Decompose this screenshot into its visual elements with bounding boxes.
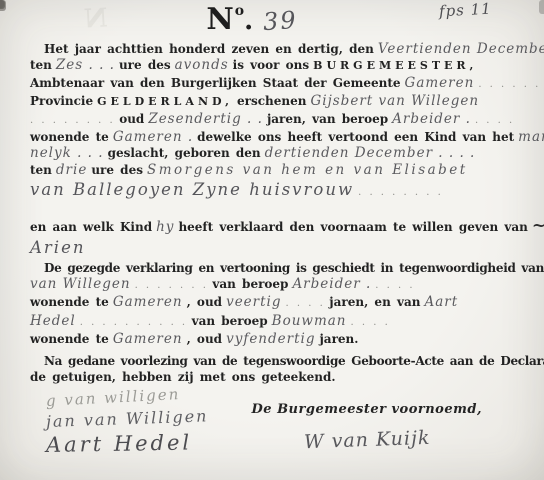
- handwritten-text: van Willegen: [30, 276, 131, 292]
- dotted-fill: . . . . . . .: [135, 280, 209, 291]
- witness-signatures: g van willigenjan van WilligenAart Hedel: [46, 392, 209, 457]
- document-line: Het jaar achttien honderd zeven en derti…: [30, 41, 524, 57]
- handwritten-text: avonds: [175, 57, 229, 73]
- document-header: No.39 fps 11: [0, 0, 544, 38]
- printed-text: Het jaar achttien honderd zeven en derti…: [44, 42, 374, 56]
- printed-text: en aan welk Kind: [30, 220, 152, 234]
- document-line: van Ballegoyen Zyne huisvrouw. . . . . .…: [30, 178, 524, 205]
- document-body: Het jaar achttien honderd zeven en derti…: [0, 38, 544, 386]
- pen-flourish: ~~~: [532, 216, 544, 236]
- handwritten-text: Gameren: [113, 331, 183, 347]
- handwritten-text: Gijsbert van Willegen: [310, 93, 479, 109]
- dotted-fill: . . . .: [351, 317, 391, 328]
- handwritten-text: Arbeider .: [292, 276, 371, 292]
- printed-text: GELDERLAND,: [97, 95, 233, 108]
- document-line: nelyk . . .geslacht, geboren dendertiend…: [30, 145, 524, 161]
- printed-text: Na gedane voorlezing van de tegenswoordi…: [44, 354, 544, 368]
- printed-text: van beroep: [212, 277, 288, 291]
- document-line: Na gedane voorlezing van de tegenswoordi…: [30, 353, 524, 369]
- printed-text: wonende te: [30, 130, 109, 144]
- dotted-fill: . . . .: [286, 298, 326, 309]
- dotted-fill: . . . . . . . . . .: [80, 317, 188, 328]
- handwritten-text: Gameren .: [113, 129, 193, 145]
- handwritten-text: Zesendertig . .: [148, 111, 263, 127]
- printed-text: ure des: [119, 58, 171, 72]
- witness-signature: jan van Willigen: [46, 406, 209, 431]
- document-line: wonende teGameren, oudveertig. . . .jare…: [30, 294, 524, 312]
- document-line: tenZes . . .ure desavondsis voor onsBURG…: [30, 57, 524, 74]
- document-line: en aan welk Kindhyheeft verklaard den vo…: [30, 218, 524, 235]
- document-line: ProvincieGELDERLAND,erschenenGijsbert va…: [30, 93, 524, 110]
- document-line: Arien: [30, 236, 524, 260]
- printed-text: is voor ons: [233, 58, 309, 72]
- printed-text: wonende te: [30, 332, 109, 346]
- document-line: wonende teGameren .dewelke ons heeft ver…: [30, 129, 524, 145]
- document-line: Ambtenaar van den Burgerlijken Staat der…: [30, 75, 524, 93]
- act-number: No.39: [0, 2, 504, 37]
- document-line: wonende teGameren, oudvyfendertigjaren.: [30, 331, 524, 347]
- document-line: De gezegde verklaring en vertooning is g…: [30, 260, 524, 276]
- printed-text: ten: [30, 163, 52, 177]
- mayor-signature-label: De Burgemeester voornoemd,: [252, 402, 483, 417]
- handwritten-text: Veertienden December: [378, 41, 544, 57]
- printed-text: heeft verklaard den voornaam te willen g…: [178, 220, 527, 234]
- witness-signature: g van willigen: [46, 383, 209, 409]
- printed-text: dewelke ons heeft vertoond een Kind van …: [197, 130, 514, 144]
- handwritten-text: drie: [56, 162, 87, 178]
- handwritten-text: Smorgens van hem en van Elisabet: [147, 162, 468, 178]
- handwritten-text: Aart: [424, 294, 458, 310]
- document-line: Hedel. . . . . . . . . .van beroepBouwma…: [30, 313, 524, 331]
- mayor-signature-block: De Burgemeester voornoemd, W van Kuijk: [252, 402, 483, 451]
- printed-text: Ambtenaar van den Burgerlijken Staat der…: [30, 76, 401, 90]
- handwritten-text: hy: [156, 219, 174, 235]
- printed-text: De gezegde verklaring en vertooning is g…: [44, 261, 544, 275]
- handwritten-text: man: [518, 129, 544, 145]
- handwritten-text: Arien: [30, 238, 85, 257]
- act-number-handwritten: 39: [262, 6, 298, 36]
- handwritten-text: Zes . . .: [56, 57, 115, 73]
- handwritten-text: van Ballegoyen Zyne huisvrouw: [30, 180, 354, 199]
- scanned-birth-record: N No.39 fps 11 Het jaar achttien honderd…: [0, 0, 544, 480]
- printed-text: ten: [30, 58, 52, 72]
- handwritten-text: Arbeider .: [392, 111, 471, 127]
- printed-text: Provincie: [30, 94, 93, 108]
- printed-text: de getuigen, hebben zij met ons geteeken…: [30, 370, 336, 384]
- printed-text: , oud: [187, 332, 222, 346]
- printed-text: , oud: [187, 295, 222, 309]
- dotted-fill: . . . .: [375, 280, 415, 291]
- dotted-fill: . . . . . .: [478, 79, 540, 90]
- document-line: tendrieure desSmorgens van hem en van El…: [30, 162, 524, 178]
- handwritten-text: veertig: [226, 294, 281, 310]
- handwritten-text: Gameren: [113, 294, 183, 310]
- act-number-prefix: N: [206, 2, 234, 37]
- act-number-dot: .: [244, 6, 253, 36]
- printed-text: wonende te: [30, 295, 109, 309]
- printed-text: oud: [119, 112, 144, 126]
- printed-text: jaren.: [319, 332, 358, 346]
- printed-text: erschenen: [237, 94, 306, 108]
- dotted-fill: . . . .: [475, 115, 515, 126]
- handwritten-text: Gameren: [405, 75, 475, 91]
- dotted-fill: . . . . . . . .: [358, 187, 443, 198]
- printed-text: BURGEMEESTER,: [313, 59, 477, 72]
- document-line: van Willegen. . . . . . .van beroepArbei…: [30, 276, 524, 294]
- printed-text: jaren, en van: [329, 295, 420, 309]
- handwritten-text: Bouwman: [272, 313, 347, 329]
- document-line: . . . . . . . .oudZesendertig . .jaren, …: [30, 111, 524, 129]
- mayor-signature: W van Kuijk: [251, 424, 482, 454]
- printed-text: van beroep: [192, 314, 268, 328]
- handwritten-text: nelyk . . .: [30, 145, 104, 161]
- corner-annotation: fps 11: [439, 0, 493, 20]
- handwritten-text: vyfendertig: [226, 331, 315, 347]
- document-line: de getuigen, hebben zij met ons geteeken…: [30, 369, 524, 385]
- handwritten-text: dertienden December . . . .: [265, 145, 476, 161]
- signature-block: g van willigenjan van WilligenAart Hedel…: [0, 392, 544, 480]
- printed-text: geslacht, geboren den: [108, 146, 261, 160]
- act-number-superscript: o: [235, 3, 244, 19]
- dotted-fill: . . . . . . . .: [30, 115, 115, 126]
- handwritten-text: Hedel: [30, 313, 76, 329]
- witness-signature: Aart Hedel: [46, 430, 209, 457]
- printed-text: ure des: [91, 163, 143, 177]
- printed-text: jaren, van beroep: [267, 112, 388, 126]
